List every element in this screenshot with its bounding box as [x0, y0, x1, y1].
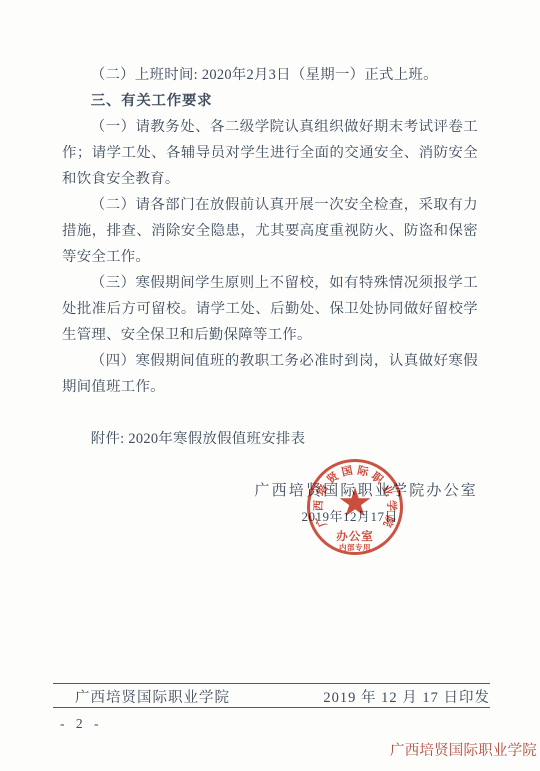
- document-body: （二）上班时间: 2020年2月3日（星期一）正式上班。 三、有关工作要求 （一…: [62, 62, 478, 452]
- footer-rule-bottom: [53, 707, 490, 708]
- signature-office-name: 广西培贤国际职业学院办公室: [254, 478, 478, 504]
- seal-office-label: 办公室: [306, 528, 404, 544]
- paragraph-requirement-1: （一）请教务处、各二级学院认真组织做好期末考试评卷工作；请学工处、各辅导员对学生…: [62, 114, 478, 192]
- document-page: （二）上班时间: 2020年2月3日（星期一）正式上班。 三、有关工作要求 （一…: [0, 0, 540, 771]
- signature-block: 广西培贤国际职业学院办公室 2019年12月17日: [254, 478, 478, 530]
- footer-print-date: 2019 年 12 月 17 日印发: [323, 686, 490, 707]
- signature-date: 2019年12月17日: [254, 504, 398, 530]
- seal-internal-use-label: 内部专用: [306, 542, 404, 553]
- paragraph-requirement-2: （二）请各部门在放假前认真开展一次安全检查，采取有力措施，排查、消除安全隐患，尤…: [62, 192, 478, 270]
- footer-issuer: 广西培贤国际职业学院: [75, 686, 230, 707]
- section-heading-work-requirements: 三、有关工作要求: [62, 88, 478, 114]
- paragraph-work-start-time: （二）上班时间: 2020年2月3日（星期一）正式上班。: [62, 62, 478, 88]
- attachment-line: 附件: 2020年寒假放假值班安排表: [62, 426, 478, 452]
- paragraph-requirement-4: （四）寒假期间值班的教职工务必准时到岗，认真做好寒假期间值班工作。: [62, 348, 478, 400]
- footer-issuer-row: 广西培贤国际职业学院 2019 年 12 月 17 日印发: [53, 686, 490, 706]
- footer-rule-top: [53, 683, 490, 684]
- paragraph-requirement-3: （三）寒假期间学生原则上不留校，如有特殊情况须报学工处批准后方可留校。请学工处、…: [62, 270, 478, 348]
- watermark-school-name: 广西培贤国际职业学院: [390, 739, 537, 760]
- page-number: - 2 -: [60, 716, 103, 732]
